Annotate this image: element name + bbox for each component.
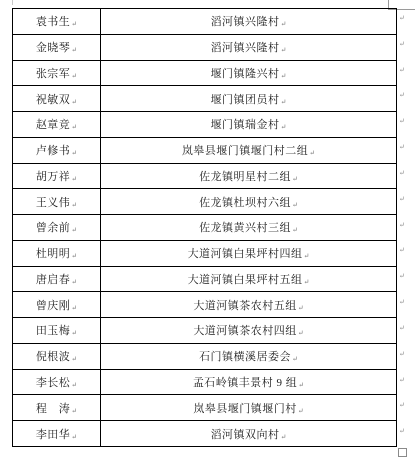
- name-cell[interactable]: 王义伟↵: [13, 189, 101, 215]
- address-cell[interactable]: 滔河镇双向村↵: [101, 421, 397, 447]
- row-end-mark-icon: ↵: [399, 421, 413, 447]
- row-end-mark-icon: ↵: [399, 370, 413, 396]
- address-cell[interactable]: 堰门镇瑞金村↵: [101, 112, 397, 138]
- address-text: 大道河镇白果坪村四组: [188, 248, 303, 260]
- cell-end-mark-icon: ↵: [281, 123, 287, 131]
- address-cell[interactable]: 滔河镇兴隆村↵: [101, 9, 397, 35]
- name-cell[interactable]: 赵章竞↵: [13, 112, 101, 138]
- address-text: 滔河镇兴隆村: [211, 42, 280, 54]
- name-text: 卢修书: [36, 145, 71, 157]
- address-cell[interactable]: 大道河镇白果坪村五组↵: [101, 266, 397, 292]
- name-text: 张宗军: [36, 68, 71, 80]
- cell-end-mark-icon: ↵: [71, 98, 77, 106]
- address-text: 大道河镇茶农村五组: [193, 300, 297, 312]
- cell-end-mark-icon: ↵: [298, 304, 304, 312]
- address-cell[interactable]: 滔河镇兴隆村↵: [101, 34, 397, 60]
- address-text: 堰门镇团员村: [211, 94, 280, 106]
- name-text: 赵章竞: [36, 119, 71, 131]
- cell-end-mark-icon: ↵: [292, 355, 298, 363]
- cell-end-mark-icon: ↵: [71, 433, 77, 441]
- row-end-mark-icon: ↵: [399, 60, 413, 86]
- address-text: 石门镇横溪居委会: [199, 351, 291, 363]
- table-row: 李田华↵ 滔河镇双向村↵: [13, 421, 397, 447]
- table-row: 杜明明↵ 大道河镇白果坪村四组↵: [13, 240, 397, 266]
- address-cell[interactable]: 佐龙镇黄兴村三组↵: [101, 215, 397, 241]
- cell-end-mark-icon: ↵: [281, 433, 287, 441]
- row-end-mark-icon: ↵: [399, 344, 413, 370]
- name-text: 倪根波: [36, 351, 71, 363]
- cell-end-mark-icon: ↵: [71, 201, 77, 209]
- table-row: 卢修书↵ 岚皋县堰门镇堰门村二组↵: [13, 137, 397, 163]
- cell-end-mark-icon: ↵: [71, 278, 77, 286]
- table-row: 赵章竞↵ 堰门镇瑞金村↵: [13, 112, 397, 138]
- name-text: 唐启春: [36, 274, 71, 286]
- address-text: 堰门镇瑞金村: [211, 119, 280, 131]
- name-cell[interactable]: 李田华↵: [13, 421, 101, 447]
- name-text: 曾庆刚: [36, 300, 71, 312]
- address-text: 岚皋县堰门镇堰门村二组: [182, 145, 309, 157]
- name-cell[interactable]: 曾庆刚↵: [13, 292, 101, 318]
- address-text: 滔河镇双向村: [211, 429, 280, 441]
- cell-end-mark-icon: ↵: [71, 175, 77, 183]
- address-cell[interactable]: 大道河镇白果坪村四组↵: [101, 240, 397, 266]
- name-text: 田玉梅: [36, 325, 71, 337]
- cell-end-mark-icon: ↵: [281, 72, 287, 80]
- cell-end-mark-icon: ↵: [71, 381, 77, 389]
- text-boundary-corner-mark: [4, 0, 13, 5]
- row-end-mark-icon: ↵: [399, 8, 413, 34]
- address-text: 佐龙镇杜坝村六组: [199, 197, 291, 209]
- row-end-mark-icon: ↵: [399, 395, 413, 421]
- address-cell[interactable]: 佐龙镇杜坝村六组↵: [101, 189, 397, 215]
- cell-end-mark-icon: ↵: [71, 252, 77, 260]
- cell-end-mark-icon: ↵: [281, 46, 287, 54]
- address-cell[interactable]: 佐龙镇明星村二组↵: [101, 163, 397, 189]
- cell-end-mark-icon: ↵: [71, 226, 77, 234]
- cell-end-mark-icon: ↵: [292, 226, 298, 234]
- table-row: 王义伟↵ 佐龙镇杜坝村六组↵: [13, 189, 397, 215]
- table-row: 田玉梅↵ 大道河镇茶农村四组↵: [13, 318, 397, 344]
- address-cell[interactable]: 岚皋县堰门镇堰门村二组↵: [101, 137, 397, 163]
- row-end-marks-column: ↵↵↵↵↵↵↵↵↵↵↵↵↵↵↵↵↵: [399, 8, 413, 447]
- table-row: 胡万祥↵ 佐龙镇明星村二组↵: [13, 163, 397, 189]
- address-cell[interactable]: 大道河镇茶农村五组↵: [101, 292, 397, 318]
- cell-end-mark-icon: ↵: [309, 149, 315, 157]
- row-end-mark-icon: ↵: [399, 34, 413, 60]
- address-text: 孟石岭镇丰景村 9 组: [193, 377, 298, 389]
- cell-end-mark-icon: ↵: [71, 72, 77, 80]
- table-body: 袁书生↵ 滔河镇兴隆村↵ 金晓琴↵ 滔河镇兴隆村↵ 张宗军↵ 堰门镇隆兴村↵ 祝…: [13, 9, 397, 447]
- cell-end-mark-icon: ↵: [71, 149, 77, 157]
- cell-end-mark-icon: ↵: [71, 355, 77, 363]
- name-cell[interactable]: 杜明明↵: [13, 240, 101, 266]
- cell-end-mark-icon: ↵: [304, 252, 310, 260]
- table-row: 金晓琴↵ 滔河镇兴隆村↵: [13, 34, 397, 60]
- cell-end-mark-icon: ↵: [71, 304, 77, 312]
- name-cell[interactable]: 田玉梅↵: [13, 318, 101, 344]
- name-text: 程 涛: [36, 403, 71, 415]
- name-text: 李长松: [36, 377, 71, 389]
- name-cell[interactable]: 卢修书↵: [13, 137, 101, 163]
- row-end-mark-icon: ↵: [399, 163, 413, 189]
- table-row: 张宗军↵ 堰门镇隆兴村↵: [13, 60, 397, 86]
- address-text: 佐龙镇黄兴村三组: [199, 222, 291, 234]
- row-end-mark-icon: ↵: [399, 215, 413, 241]
- address-text: 岚皋县堰门镇堰门村: [193, 403, 297, 415]
- row-end-mark-icon: ↵: [399, 266, 413, 292]
- table-row: 曾余前↵ 佐龙镇黄兴村三组↵: [13, 215, 397, 241]
- address-cell[interactable]: 堰门镇团员村↵: [101, 86, 397, 112]
- cell-end-mark-icon: ↵: [304, 278, 310, 286]
- cell-end-mark-icon: ↵: [71, 20, 77, 28]
- name-text: 袁书生: [36, 16, 71, 28]
- table-row: 袁书生↵ 滔河镇兴隆村↵: [13, 9, 397, 35]
- cell-end-mark-icon: ↵: [281, 20, 287, 28]
- address-cell[interactable]: 堰门镇隆兴村↵: [101, 60, 397, 86]
- name-cell[interactable]: 祝敏双↵: [13, 86, 101, 112]
- table-row: 唐启春↵ 大道河镇白果坪村五组↵: [13, 266, 397, 292]
- cell-end-mark-icon: ↵: [71, 329, 77, 337]
- address-text: 佐龙镇明星村二组: [199, 171, 291, 183]
- name-text: 杜明明: [36, 248, 71, 260]
- cell-end-mark-icon: ↵: [298, 407, 304, 415]
- row-end-mark-icon: ↵: [399, 318, 413, 344]
- address-cell[interactable]: 岚皋县堰门镇堰门村↵: [101, 395, 397, 421]
- name-cell[interactable]: 程 涛↵: [13, 395, 101, 421]
- name-cell[interactable]: 倪根波↵: [13, 343, 101, 369]
- table-row: 祝敏双↵ 堰门镇团员村↵: [13, 86, 397, 112]
- name-cell[interactable]: 胡万祥↵: [13, 163, 101, 189]
- cell-end-mark-icon: ↵: [292, 175, 298, 183]
- row-end-mark-icon: ↵: [399, 292, 413, 318]
- name-cell[interactable]: 唐启春↵: [13, 266, 101, 292]
- row-end-mark-icon: ↵: [399, 111, 413, 137]
- name-cell[interactable]: 曾余前↵: [13, 215, 101, 241]
- address-text: 大道河镇茶农村四组: [193, 325, 297, 337]
- name-cell[interactable]: 张宗军↵: [13, 60, 101, 86]
- table-row: 李长松↵ 孟石岭镇丰景村 9 组↵: [13, 369, 397, 395]
- names-addresses-table: 袁书生↵ 滔河镇兴隆村↵ 金晓琴↵ 滔河镇兴隆村↵ 张宗军↵ 堰门镇隆兴村↵ 祝…: [12, 8, 397, 447]
- table-row: 倪根波↵ 石门镇横溪居委会↵: [13, 343, 397, 369]
- name-text: 胡万祥: [36, 171, 71, 183]
- table-row: 曾庆刚↵ 大道河镇茶农村五组↵: [13, 292, 397, 318]
- name-cell[interactable]: 金晓琴↵: [13, 34, 101, 60]
- end-of-document-mark-icon: [398, 448, 407, 457]
- row-end-mark-icon: ↵: [399, 85, 413, 111]
- name-cell[interactable]: 袁书生↵: [13, 9, 101, 35]
- address-cell[interactable]: 石门镇横溪居委会↵: [101, 343, 397, 369]
- name-text: 金晓琴: [36, 42, 71, 54]
- cell-end-mark-icon: ↵: [281, 98, 287, 106]
- name-text: 王义伟: [36, 197, 71, 209]
- cell-end-mark-icon: ↵: [71, 407, 77, 415]
- address-text: 大道河镇白果坪村五组: [188, 274, 303, 286]
- name-cell[interactable]: 李长松↵: [13, 369, 101, 395]
- address-text: 堰门镇隆兴村: [211, 68, 280, 80]
- name-text: 祝敏双: [36, 94, 71, 106]
- cell-end-mark-icon: ↵: [71, 46, 77, 54]
- cell-end-mark-icon: ↵: [292, 201, 298, 209]
- address-cell[interactable]: 大道河镇茶农村四组↵: [101, 318, 397, 344]
- row-end-mark-icon: ↵: [399, 137, 413, 163]
- table-row: 程 涛↵ 岚皋县堰门镇堰门村↵: [13, 395, 397, 421]
- address-cell[interactable]: 孟石岭镇丰景村 9 组↵: [101, 369, 397, 395]
- cell-end-mark-icon: ↵: [298, 329, 304, 337]
- row-end-mark-icon: ↵: [399, 240, 413, 266]
- row-end-mark-icon: ↵: [399, 189, 413, 215]
- cell-end-mark-icon: ↵: [71, 123, 77, 131]
- cell-end-mark-icon: ↵: [298, 381, 304, 389]
- name-text: 李田华: [36, 429, 71, 441]
- name-text: 曾余前: [36, 222, 71, 234]
- address-text: 滔河镇兴隆村: [211, 16, 280, 28]
